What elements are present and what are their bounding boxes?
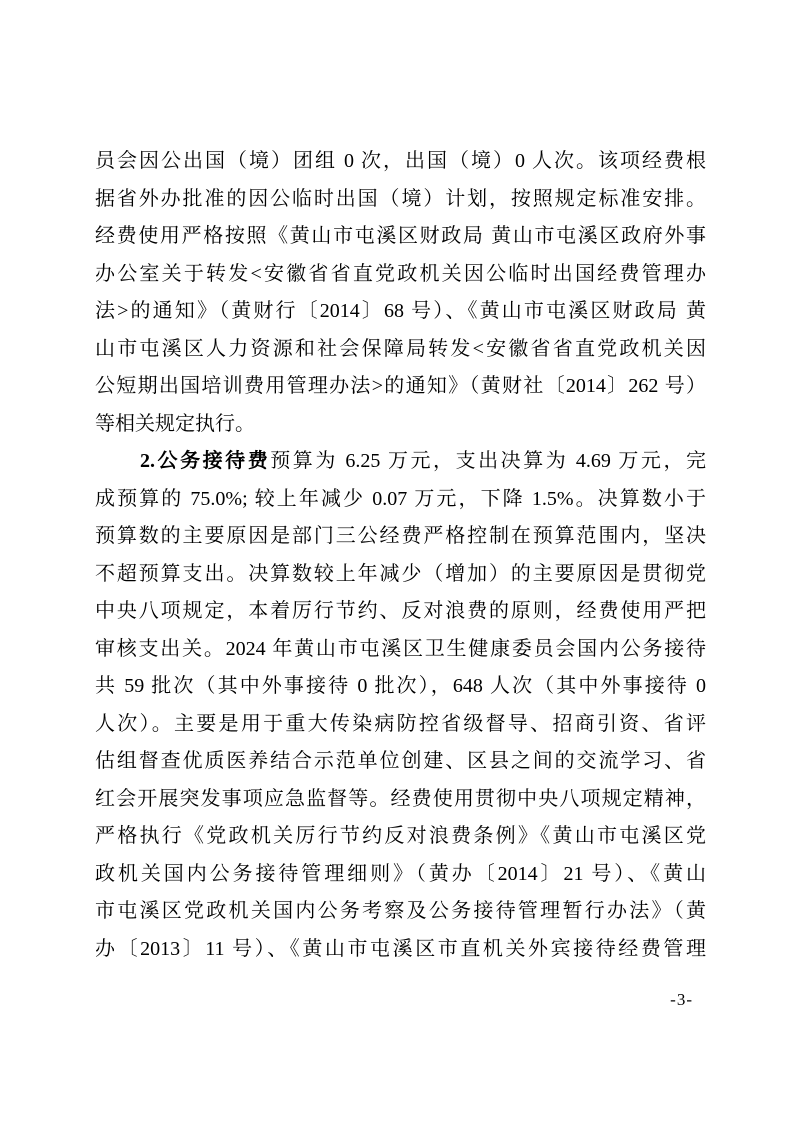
text-line: 严格执行《党政机关厉行节约反对浪费条例》《黄山市屯溪区党 xyxy=(95,818,706,856)
text-line: 人次）。主要是用于重大传染病防控省级督导、招商引资、省评 xyxy=(95,706,706,744)
text-line: 山市屯溪区人力资源和社会保障局转发<安徽省省直党政机关因 xyxy=(95,331,706,369)
text-line: 2.公务接待费预算为 6.25 万元，支出决算为 4.69 万元，完 xyxy=(95,443,706,481)
text-line: 共 59 批次（其中外事接待 0 批次），648 人次（其中外事接待 0 xyxy=(95,668,706,706)
text-line: 政机关国内公务接待管理细则》（黄办〔2014〕21 号）、《黄山 xyxy=(95,856,706,894)
text-line: 审核支出关。2024 年黄山市屯溪区卫生健康委员会国内公务接待 xyxy=(95,631,706,669)
text-line: 预算数的主要原因是部门三公经费严格控制在预算范围内，坚决 xyxy=(95,518,706,556)
text-line: 中央八项规定，本着厉行节约、反对浪费的原则，经费使用严把 xyxy=(95,593,706,631)
text-line: 估组督查优质医养结合示范单位创建、区县之间的交流学习、省 xyxy=(95,743,706,781)
text-line: 办〔2013〕11 号）、《黄山市屯溪区市直机关外宾接待经费管理 xyxy=(95,931,706,969)
text-line: 法>的通知》（黄财行〔2014〕68 号）、《黄山市屯溪区财政局 黄 xyxy=(95,293,706,331)
text-line: 等相关规定执行。 xyxy=(95,406,706,444)
page-number: -3- xyxy=(670,990,693,1010)
text-block: 员会因公出国（境）团组 0 次，出国（境）0 人次。该项经费根据省外办批准的因公… xyxy=(95,143,706,968)
text-line: 公短期出国培训费用管理办法>的通知》（黄财社〔2014〕262 号） xyxy=(95,368,706,406)
text-line: 红会开展突发事项应急监督等。经费使用贯彻中央八项规定精神， xyxy=(95,781,706,819)
text-line: 经费使用严格按照《黄山市屯溪区财政局 黄山市屯溪区政府外事 xyxy=(95,218,706,256)
text-line: 据省外办批准的因公临时出国（境）计划，按照规定标准安排。 xyxy=(95,181,706,219)
text-line: 员会因公出国（境）团组 0 次，出国（境）0 人次。该项经费根 xyxy=(95,143,706,181)
document-page: 员会因公出国（境）团组 0 次，出国（境）0 人次。该项经费根据省外办批准的因公… xyxy=(0,0,793,1122)
text-line: 不超预算支出。决算数较上年减少（增加）的主要原因是贯彻党 xyxy=(95,556,706,594)
text-line: 办公室关于转发<安徽省省直党政机关因公临时出国经费管理办 xyxy=(95,256,706,294)
text-line: 成预算的 75.0%; 较上年减少 0.07 万元，下降 1.5%。决算数小于 xyxy=(95,481,706,519)
text-line: 市屯溪区党政机关国内公务考察及公务接待管理暂行办法》（黄 xyxy=(95,893,706,931)
section-heading-bold: 2.公务接待费 xyxy=(140,450,270,472)
